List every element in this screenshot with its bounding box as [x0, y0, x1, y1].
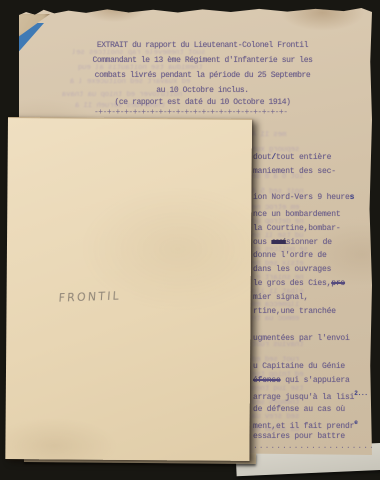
typed-fragment: le gros des Cies,pre — [253, 279, 345, 288]
typed-fragment: ous essisionner de — [253, 238, 332, 247]
separator-line: -+-+-+-+-+-+-+-+-+-+-+-+-+-+-+-+-+-+-+-+… — [94, 108, 324, 117]
blank-cover-page: FRONTIL — [5, 117, 252, 461]
report-title-block: EXTRAIT du rapport du Lieutenant-Colonel… — [60, 41, 345, 113]
title-line-3: combats livrés pendant la période du 25 … — [60, 71, 345, 86]
typed-fragment: nce un bombardement — [253, 210, 340, 219]
typed-fragment: arrage jusqu'à la lisi2... — [253, 390, 368, 402]
typed-fragment: donne l'ordre de — [253, 251, 327, 260]
typed-fragment: ugmentées par l'envoi — [253, 334, 350, 343]
archive-photo-stage: suot tnemevèle rap snoitces seltnemidua … — [0, 0, 380, 480]
typed-fragment: ment,et il fait prendre — [253, 419, 358, 431]
typed-fragment: maniement des sec- — [253, 167, 336, 176]
title-line-4: au 10 Octobre inclus. — [60, 86, 345, 98]
typed-fragment: de défense au cas où — [253, 405, 345, 414]
typed-fragment: éfense qui s'appuiera — [253, 376, 350, 385]
typed-fragment: dans les ouvrages — [253, 265, 331, 274]
dotted-line: ..................... — [253, 442, 375, 451]
typed-fragment: essaires pour battre — [253, 432, 345, 441]
typed-fragment: rtine,une tranchée — [253, 307, 336, 316]
bleed-through-line: mes 11 A — [252, 131, 286, 139]
bleed-through-line: emmoc ua tn — [252, 315, 299, 323]
typed-fragment: la Courtine,bombar- — [253, 224, 340, 233]
typed-fragment: dout/tout entière — [253, 153, 331, 162]
typed-fragment: ion Nord-Vers 9 heures — [253, 193, 354, 202]
pencil-annotation: FRONTIL — [58, 290, 121, 305]
title-line-2: Commandant le 13 ème Régiment d'Infanter… — [60, 56, 345, 71]
title-line-1: EXTRAIT du rapport du Lieutenant-Colonel… — [60, 41, 345, 56]
typed-fragment: mier signal, — [253, 293, 308, 302]
typed-fragment: u Capitaine du Génie — [253, 362, 345, 371]
